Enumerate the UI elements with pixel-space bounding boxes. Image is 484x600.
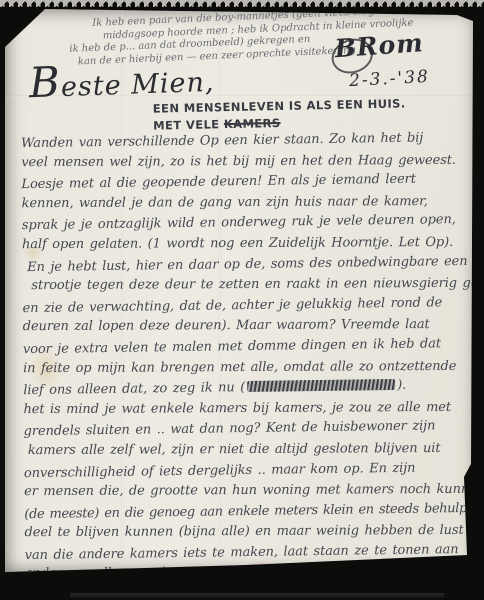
scribbled-out-text [247,379,395,392]
body-line-text: ). [397,378,406,393]
background-sheet-edge [70,593,444,598]
letter-heading: EEN MENSENLEVEN IS ALS EEN HUIS. MET VEL… [153,96,406,132]
heading-underlined-word: KAMERS [224,116,281,131]
letter-date: 2-3.-'38 [349,67,431,91]
letter-photo: Ik heb een paar van die boy-mannetjes (g… [0,0,484,600]
body-line-text: lief ons alleen dat, zo zeg ik nu ( [23,380,245,398]
monogram-initials: BRom [334,28,425,63]
letter-body: Wanden van verschillende Op een kier sta… [21,129,477,586]
body-line: anderen: zullen we de deuren los te late… [25,562,477,585]
greeting: Beste Mien, [28,52,215,107]
perforated-tear-edge [0,0,484,7]
letter-paper: Ik heb een paar van die boy-mannetjes (g… [5,9,478,573]
